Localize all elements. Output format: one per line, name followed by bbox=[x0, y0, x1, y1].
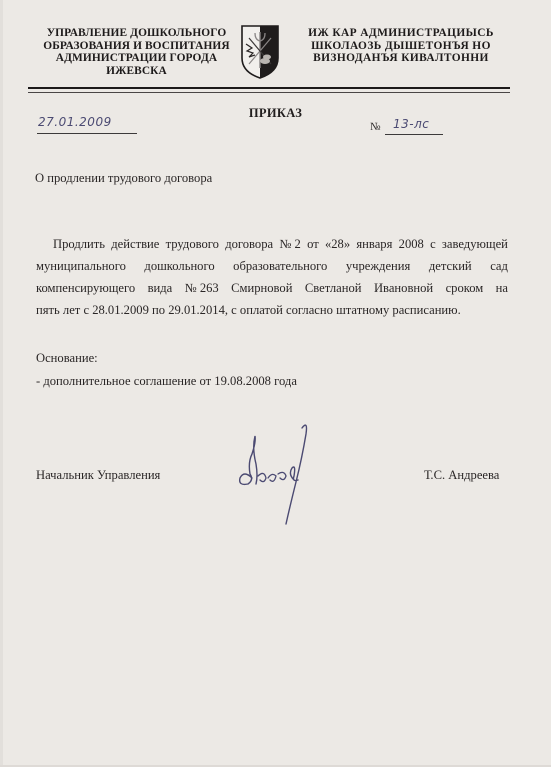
letterhead-right-line: ИЖ КАР АДМИНИСТРАЦИЫСЬ bbox=[296, 27, 506, 40]
word: детский bbox=[429, 259, 472, 274]
word: сад bbox=[490, 259, 508, 274]
body-line-3: компенсирующего вида № 263 Смирновой Све… bbox=[36, 281, 508, 296]
word: заведующей bbox=[442, 237, 508, 252]
word: муниципального bbox=[36, 259, 126, 274]
body-line-1: Продлить действие трудового договора № 2… bbox=[53, 237, 508, 252]
letterhead-right: ИЖ КАР АДМИНИСТРАЦИЫСЬ ШКОЛАОЗЬ ДЫШЕТОНЪ… bbox=[296, 27, 506, 65]
letterhead-left-line: АДМИНИСТРАЦИИ ГОРОДА bbox=[40, 52, 233, 65]
word: № 263 bbox=[185, 281, 219, 296]
city-coat-of-arms-icon bbox=[240, 24, 280, 80]
letterhead-right-line: ШКОЛАОЗЬ ДЫШЕТОНЪЯ НО bbox=[296, 40, 506, 53]
signatory-name: Т.С. Андреева bbox=[424, 468, 499, 483]
word: «28» bbox=[325, 237, 350, 252]
word: 2008 bbox=[399, 237, 424, 252]
letterhead-left-line: ИЖЕВСКА bbox=[40, 65, 233, 78]
letterhead-left-line: ОБРАЗОВАНИЯ И ВОСПИТАНИЯ bbox=[40, 40, 233, 53]
word: № 2 bbox=[279, 237, 300, 252]
date-underline bbox=[37, 133, 137, 134]
word: с bbox=[430, 237, 436, 252]
basis-label: Основание: bbox=[36, 351, 98, 366]
body-line-2: муниципального дошкольного образовательн… bbox=[36, 259, 508, 274]
handwritten-date: 27.01.2009 bbox=[38, 115, 112, 129]
word: Светланой bbox=[305, 281, 362, 296]
letterhead-divider-thin bbox=[28, 92, 510, 93]
word: от bbox=[307, 237, 319, 252]
word: дошкольного bbox=[144, 259, 214, 274]
signatory-role: Начальник Управления bbox=[36, 468, 160, 483]
letterhead-left: УПРАВЛЕНИЕ ДОШКОЛЬНОГО ОБРАЗОВАНИЯ И ВОС… bbox=[40, 27, 233, 77]
body-line-4: пять лет с 28.01.2009 по 29.01.2014, с о… bbox=[36, 303, 461, 318]
word: договора bbox=[225, 237, 273, 252]
word: действие bbox=[111, 237, 159, 252]
handwritten-signature bbox=[228, 418, 328, 528]
word: января bbox=[356, 237, 392, 252]
word: на bbox=[496, 281, 508, 296]
word: Продлить bbox=[53, 237, 105, 252]
word: вида bbox=[148, 281, 173, 296]
document-subject: О продлении трудового договора bbox=[35, 171, 212, 186]
word: Ивановной bbox=[374, 281, 433, 296]
letterhead-left-line: УПРАВЛЕНИЕ ДОШКОЛЬНОГО bbox=[40, 27, 233, 40]
word: сроком bbox=[446, 281, 484, 296]
word: компенсирующего bbox=[36, 281, 135, 296]
word: образовательного bbox=[233, 259, 327, 274]
basis-item: - дополнительное соглашение от 19.08.200… bbox=[36, 374, 297, 389]
document-page: УПРАВЛЕНИЕ ДОШКОЛЬНОГО ОБРАЗОВАНИЯ И ВОС… bbox=[0, 0, 551, 767]
handwritten-order-number: 13-лс bbox=[393, 117, 429, 131]
letterhead-right-line: ВИЗНОДАНЪЯ КИВАЛТОННИ bbox=[296, 52, 506, 65]
word: трудового bbox=[166, 237, 219, 252]
number-underline bbox=[385, 134, 443, 135]
order-number-label: № bbox=[370, 121, 381, 133]
word: учреждения bbox=[346, 259, 411, 274]
letterhead-divider-thick bbox=[28, 87, 510, 89]
word: Смирновой bbox=[231, 281, 292, 296]
